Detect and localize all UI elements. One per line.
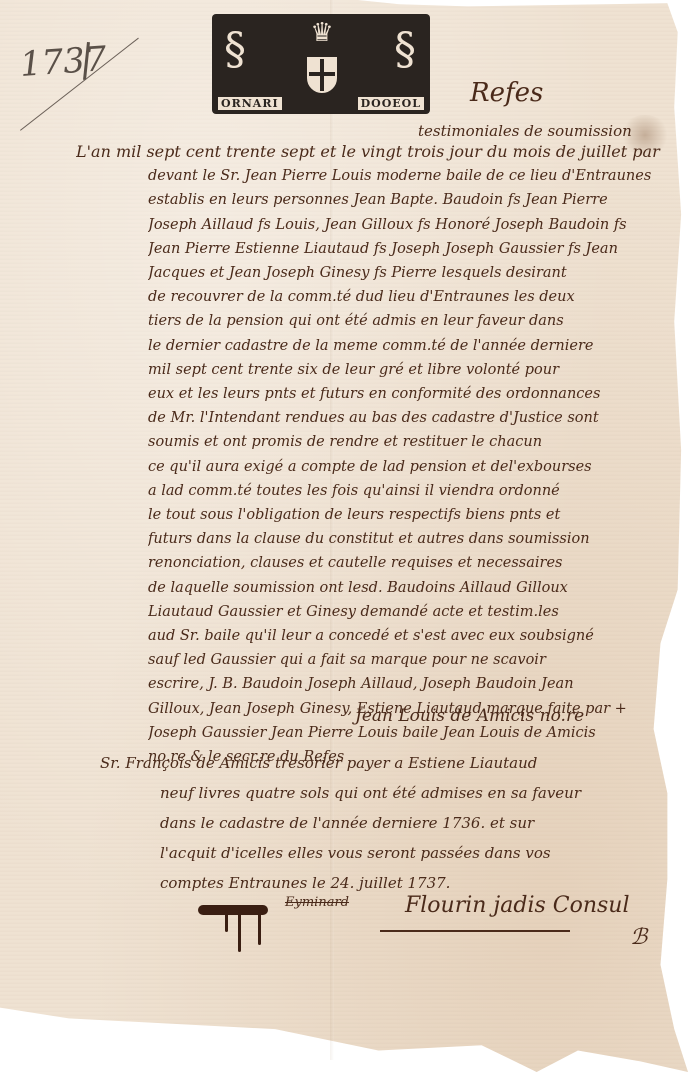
body-line: de laquelle soumission ont lesd. Baudoin… (148, 576, 688, 600)
body-line: renonciation, clauses et cautelle requis… (148, 551, 688, 575)
body-line: Liautaud Gaussier et Ginesy demandé acte… (148, 600, 688, 624)
body-line: le dernier cadastre de la meme comm.té d… (148, 334, 688, 358)
tax-stamp: § ♛ § ORNARI DOOEOL (212, 14, 430, 114)
act-body: L'an mil sept cent trente sept et le vin… (148, 140, 688, 769)
body-line: le tout sous l'obligation de leurs respe… (148, 503, 688, 527)
body-line: mil sept cent trente six de leur gré et … (148, 358, 688, 382)
consul-signature: Flourin jadis Consul (405, 893, 630, 918)
body-line: L'an mil sept cent trente sept et le vin… (76, 140, 688, 164)
body-line: ce qu'il aura exigé a compte de lad pens… (148, 455, 688, 479)
ink-drip (258, 910, 261, 945)
notary-signature: Jean Louis de Amicis no.re (355, 706, 584, 726)
crown-icon: ♛ (302, 18, 342, 48)
body-line: devant le Sr. Jean Pierre Louis moderne … (148, 164, 688, 188)
body-line: aud Sr. baile qu'il leur a concedé et s'… (148, 624, 688, 648)
stamp-label-right: DOOEOL (358, 97, 424, 110)
body-line: escrire, J. B. Baudoin Joseph Aillaud, J… (148, 672, 688, 696)
body-line: Jean Pierre Estienne Liautaud fs Joseph … (148, 237, 688, 261)
body-line: a lad comm.té toutes les fois qu'ainsi i… (148, 479, 688, 503)
order-line: dans le cadastre de l'année derniere 173… (100, 808, 680, 838)
stamp-curl-left-icon: § (224, 28, 246, 72)
stamp-curl-right-icon: § (394, 28, 416, 72)
body-line: establis en leurs personnes Jean Bapte. … (148, 188, 688, 212)
document-heading: testimoniales de soumission (418, 122, 632, 140)
body-line: de Mr. l'Intendant rendues au bas des ca… (148, 406, 688, 430)
body-line: tiers de la pension qui ont été admis en… (148, 309, 688, 333)
consul-paraph-mark: ℬ (630, 925, 647, 950)
body-line: Jacques et Jean Joseph Ginesy fs Pierre … (148, 261, 688, 285)
order-line: l'acquit d'icelles elles vous seront pas… (100, 838, 680, 868)
body-line: de recouvrer de la comm.té dud lieu d'En… (148, 285, 688, 309)
ink-drip (225, 910, 228, 932)
cross-shield-icon (304, 54, 340, 96)
margin-year: 1737 (19, 39, 108, 85)
order-line: neuf livres quatre sols qui ont été admi… (100, 778, 680, 808)
reference-mark: Refes (470, 78, 543, 108)
order-line: Sr. François de Amicis tresorier payer a… (100, 748, 680, 778)
body-line: eux et les leurs pnts et futurs en confo… (148, 382, 688, 406)
body-line: soumis et ont promis de rendre et restit… (148, 430, 688, 454)
stamp-label-left: ORNARI (218, 97, 282, 110)
body-line: Joseph Aillaud fs Louis, Jean Gilloux fs… (148, 213, 688, 237)
body-line: sauf led Gaussier qui a fait sa marque p… (148, 648, 688, 672)
signature-flourish (380, 930, 570, 932)
body-line: futurs dans la clause du constitut et au… (148, 527, 688, 551)
payment-order: Sr. François de Amicis tresorier payer a… (100, 748, 680, 898)
struck-out-signature: Eyminard (285, 895, 349, 910)
ink-drip (238, 910, 241, 952)
